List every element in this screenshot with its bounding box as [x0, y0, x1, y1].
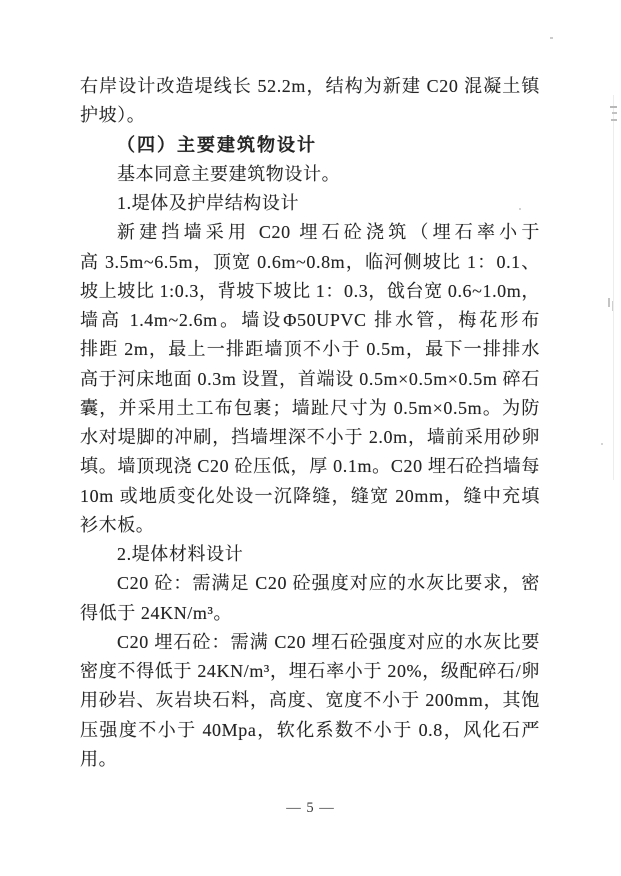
text-line: 排距 2m，最上一排距墙顶不小于 0.5m，最下一排排水管应 [80, 335, 540, 364]
text-line: 新建挡墙采用 C20 埋石砼浇筑（埋石率小于 20%），墙 [80, 218, 540, 247]
scan-artifact [610, 106, 617, 108]
text-line: 10m 或地质变化处设一沉降缝，缝宽 20mm，缝中充填沥青 [80, 482, 540, 511]
scan-artifact [612, 301, 613, 311]
page-number: — 5 — [0, 800, 621, 817]
text-line: 坡上坡比 1:0.3，背坡下坡比 1：0.3，戗台宽 0.6~1.0m，上 [80, 277, 540, 306]
text-line: 高 3.5m~6.5m，顶宽 0.6m~0.8m，临河侧坡比 1：0.1、背 [80, 248, 540, 277]
text-line: 基本同意主要建筑物设计。 [80, 160, 540, 189]
text-line: 水对堤脚的冲刷，挡墙埋深不小于 2.0m，墙前采用砂卵石回 [80, 423, 540, 452]
text-line: 护坡）。 [80, 101, 540, 130]
text-line: C20 埋石砼：需满 C20 埋石砼强度对应的水灰比要求， [80, 628, 540, 657]
scan-artifact [608, 298, 610, 307]
document-page: 右岸设计改造堤线长 52.2m，结构为新建 C20 混凝土镇脚+ 护坡）。 （四… [0, 0, 621, 876]
scan-artifact [611, 119, 617, 121]
text-line: 得低于 24KN/m³。 [80, 599, 540, 628]
text-line: 墙高 1.4m~2.6m。墙设Φ50UPVC 排水管，梅花形布置，间 [80, 306, 540, 335]
scan-artifact-line [613, 95, 614, 480]
text-line: 填。墙顶现浇 C20 砼压低，厚 0.1m。C20 埋石砼挡墙每隔 [80, 452, 540, 481]
scan-artifact [519, 208, 521, 210]
subsection-title: 1.堤体及护岸结构设计 [80, 189, 540, 218]
scan-artifact [550, 37, 553, 39]
text-line: 用。 [80, 745, 540, 774]
text-line: 衫木板。 [80, 511, 540, 540]
text-line: 用砂岩、灰岩块石料，高度、宽度不小于 200mm，其饱和抗 [80, 686, 540, 715]
text-line: 高于河床地面 0.3m 设置，首端设 0.5m×0.5m×0.5m 碎石堆 [80, 365, 540, 394]
text-line: 压强度不小于 40Mpa，软化系数不小于 0.8，风化石严禁使 [80, 716, 540, 745]
text-line: 密度不得低于 24KN/m³，埋石率小于 20%，级配碎石/卵石采 [80, 657, 540, 686]
document-body-text: 右岸设计改造堤线长 52.2m，结构为新建 C20 混凝土镇脚+ 护坡）。 （四… [80, 72, 540, 774]
text-line: C20 砼：需满足 C20 砼强度对应的水灰比要求，密度不 [80, 569, 540, 598]
section-heading: （四）主要建筑物设计 [80, 131, 540, 160]
text-line: 右岸设计改造堤线长 52.2m，结构为新建 C20 混凝土镇脚+ [80, 72, 540, 101]
scan-artifact [612, 112, 617, 114]
subsection-title: 2.堤体材料设计 [80, 540, 540, 569]
scan-artifact [601, 443, 603, 445]
text-line: 囊，并采用土工布包裹；墙趾尺寸为 0.5m×0.5m。为防止洪 [80, 394, 540, 423]
